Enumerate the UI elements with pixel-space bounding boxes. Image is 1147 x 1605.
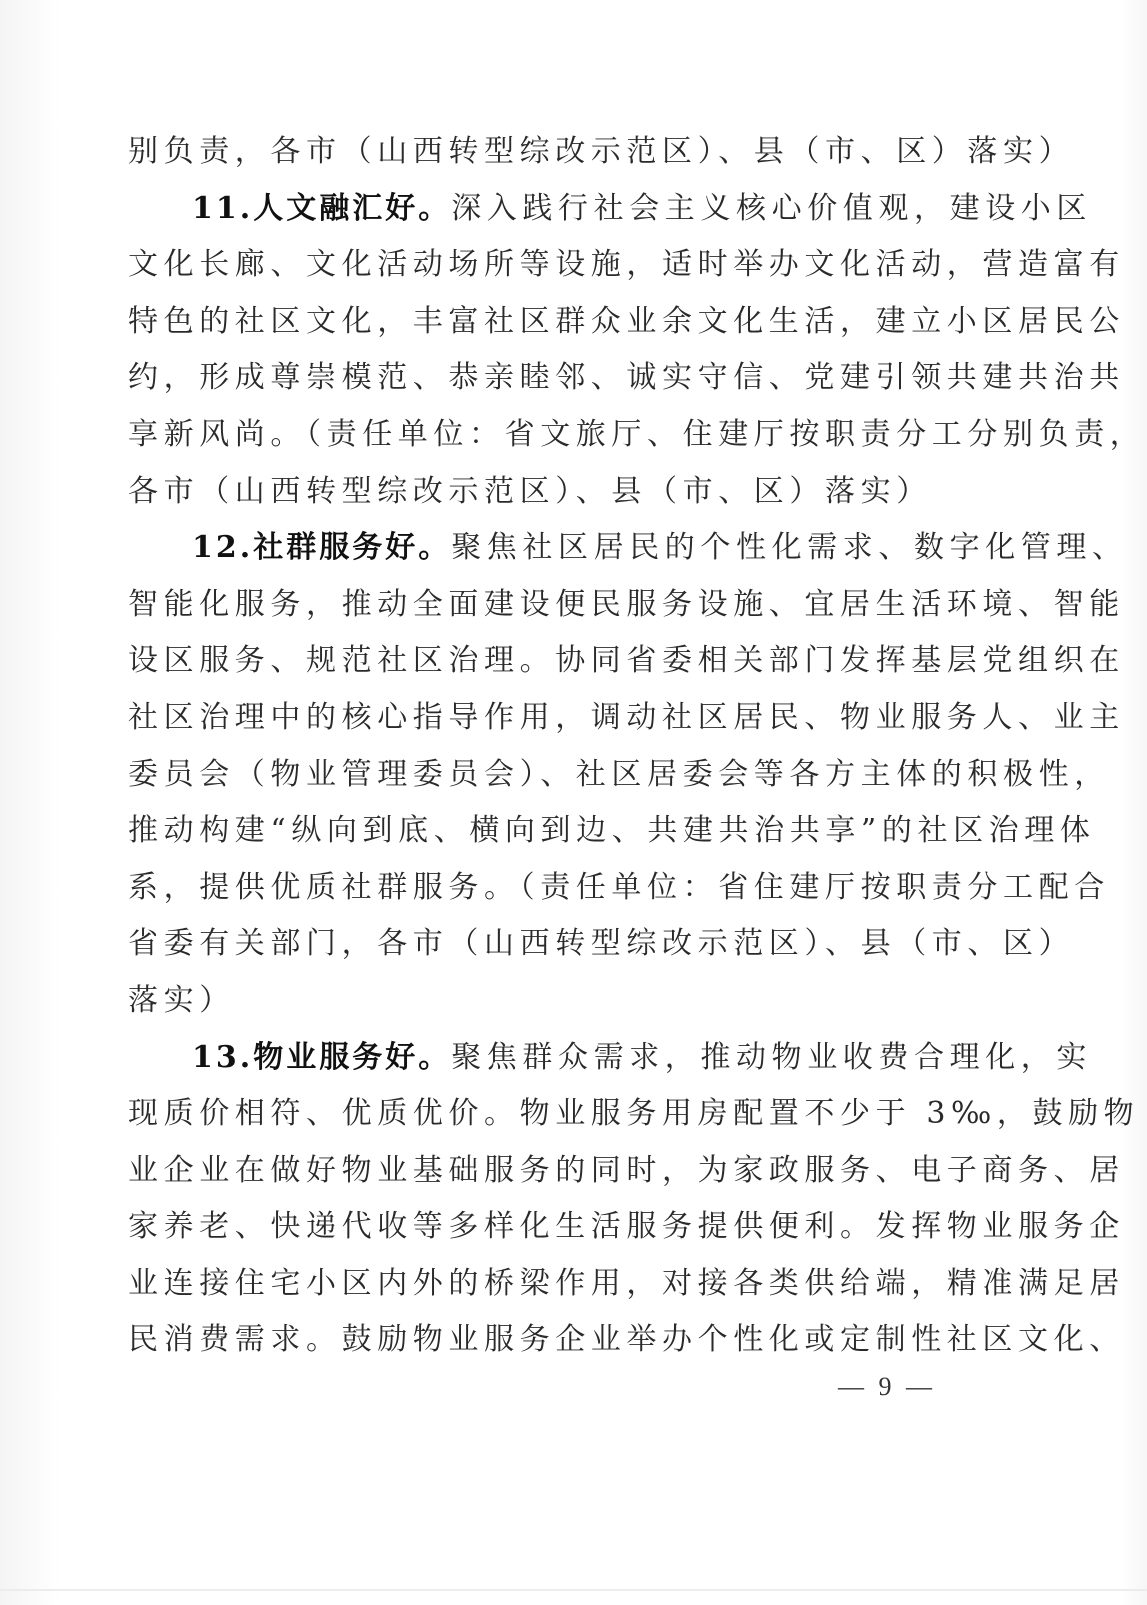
page-number: — 9 —: [838, 1372, 936, 1402]
text-line: 落实）: [128, 973, 978, 1030]
text-line: 智能化服务，推动全面建设便民服务设施、宜居生活环境、智能: [128, 577, 978, 634]
text-line: 文化长廊、文化活动场所等设施，适时举办文化活动，营造富有: [128, 237, 978, 294]
text-line: 约，形成尊崇模范、恭亲睦邻、诚实守信、党建引领共建共治共: [128, 350, 978, 407]
text-line: 委员会（物业管理委员会）、社区居委会等各方主体的积极性，: [128, 747, 978, 804]
text-line: 省委有关部门，各市（山西转型综改示范区）、县（市、区）: [128, 916, 978, 973]
text-line: 推动构建“纵向到底、横向到边、共建共治共享”的社区治理体: [128, 803, 978, 860]
text-line: 系，提供优质社群服务。（责任单位：省住建厅按职责分工配合: [128, 860, 978, 917]
text-line: 业企业在做好物业基础服务的同时，为家政服务、电子商务、居: [128, 1143, 978, 1200]
text-line: 特色的社区文化，丰富社区群众业余文化生活，建立小区居民公: [128, 294, 978, 351]
text-line: 各市（山西转型综改示范区）、县（市、区）落实）: [128, 464, 978, 521]
text-line: 家养老、快递代收等多样化生活服务提供便利。发挥物业服务企: [128, 1199, 978, 1256]
section-13-heading: 13.物业服务好。: [192, 1040, 451, 1075]
page-bottom-edge: [0, 1589, 1147, 1591]
section-12-heading: 12.社群服务好。: [192, 530, 451, 565]
document-body: 别负责，各市（山西转型综改示范区）、县（市、区）落实） 11.人文融汇好。深入践…: [128, 124, 978, 1369]
section-12-heading-line: 12.社群服务好。聚焦社区居民的个性化需求、数字化管理、: [128, 520, 978, 577]
text-line: 现质价相符、优质优价。物业服务用房配置不少于 3‰，鼓励物: [128, 1086, 978, 1143]
section-11-heading: 11.人文融汇好。: [192, 191, 451, 226]
section-13-heading-line: 13.物业服务好。聚焦群众需求，推动物业收费合理化，实: [128, 1030, 978, 1087]
text-line: 别负责，各市（山西转型综改示范区）、县（市、区）落实）: [128, 124, 978, 181]
document-page: 别负责，各市（山西转型综改示范区）、县（市、区）落实） 11.人文融汇好。深入践…: [0, 0, 1147, 1605]
text-line: 社区治理中的核心指导作用，调动社区居民、物业服务人、业主: [128, 690, 978, 747]
text-line: 业连接住宅小区内外的桥梁作用，对接各类供给端，精准满足居: [128, 1256, 978, 1313]
text-line: 设区服务、规范社区治理。协同省委相关部门发挥基层党组织在: [128, 633, 978, 690]
text-line: 享新风尚。（责任单位：省文旅厅、住建厅按职责分工分别负责，: [128, 407, 978, 464]
section-11-heading-line: 11.人文融汇好。深入践行社会主义核心价值观，建设小区: [128, 181, 978, 238]
text-line: 民消费需求。鼓励物业服务企业举办个性化或定制性社区文化、: [128, 1312, 978, 1369]
